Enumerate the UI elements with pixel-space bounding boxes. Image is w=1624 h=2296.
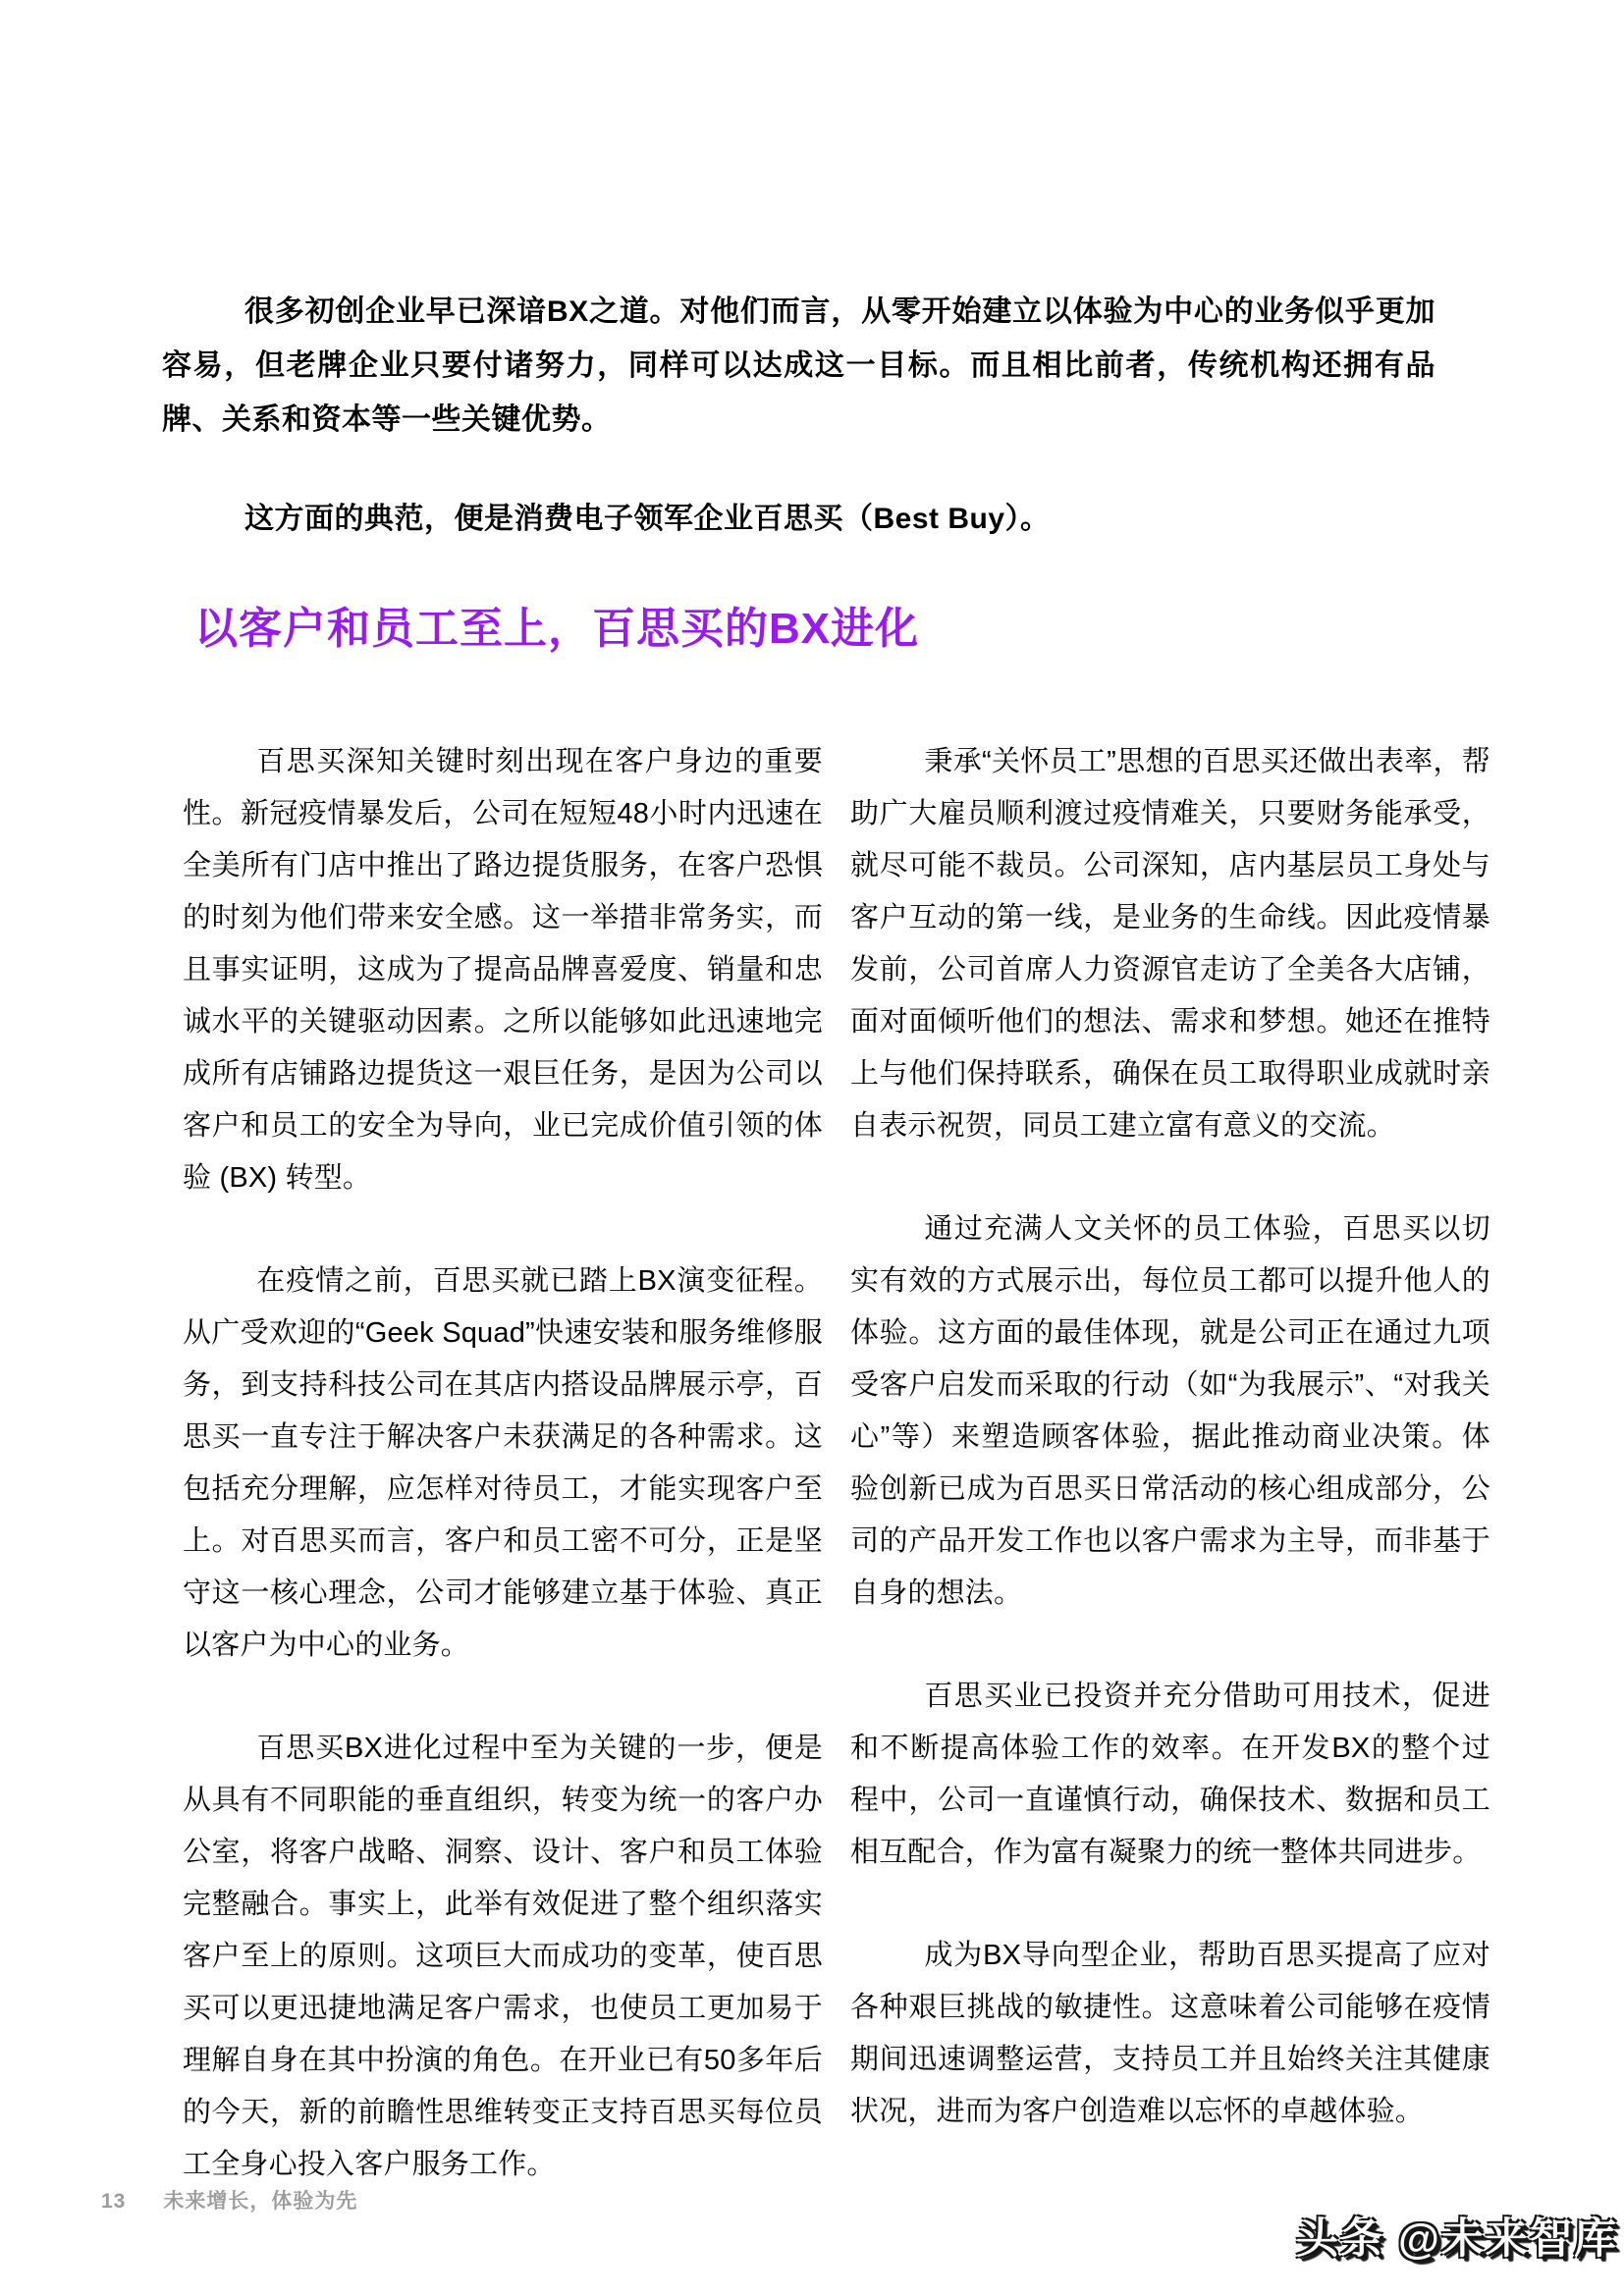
body-paragraph: 通过充满人文关怀的员工体验，百思买以切实有效的方式展示出，每位员工都可以提升他人…	[850, 1203, 1490, 1620]
body-paragraph: 百思买BX进化过程中至为关键的一步，便是从具有不同职能的垂直组织，转变为统一的客…	[183, 1723, 823, 2191]
body-paragraph: 在疫情之前，百思买就已踏上BX演变征程。从广受欢迎的“Geek Squad”快速…	[183, 1255, 823, 1672]
body-paragraph: 百思买业已投资并充分借助可用技术，促进和不断提高体验工作的效率。在开发BX的整个…	[850, 1671, 1490, 1879]
right-column: 秉承“关怀员工”思想的百思买还做出表率，帮助广大雇员顺利渡过疫情难关，只要财务能…	[850, 736, 1490, 2242]
page-number: 13	[101, 2190, 126, 2214]
page-footer: 13 未来增长，体验为先	[101, 2185, 357, 2215]
body-paragraph: 成为BX导向型企业，帮助百思买提高了应对各种艰巨挑战的敏捷性。这意味着公司能够在…	[850, 1930, 1490, 2138]
footer-doc-title: 未来增长，体验为先	[163, 2185, 357, 2215]
two-column-body: 百思买深知关键时刻出现在客户身边的重要性。新冠疫情暴发后，公司在短短48小时内迅…	[183, 736, 1490, 2242]
body-paragraph: 秉承“关怀员工”思想的百思买还做出表率，帮助广大雇员顺利渡过疫情难关，只要财务能…	[850, 736, 1490, 1152]
intro-paragraph: 很多初创企业早已深谙BX之道。对他们而言，从零开始建立以体验为中心的业务似乎更加…	[162, 285, 1435, 447]
watermark-toutiao: 头条 @未来智库	[1296, 2206, 1618, 2266]
intro-paragraph: 这方面的典范，便是消费电子领军企业百思买（Best Buy）。	[162, 492, 1435, 546]
report-page: 很多初创企业早已深谙BX之道。对他们而言，从零开始建立以体验为中心的业务似乎更加…	[0, 0, 1624, 2296]
intro-section: 很多初创企业早已深谙BX之道。对他们而言，从零开始建立以体验为中心的业务似乎更加…	[162, 285, 1435, 546]
body-paragraph: 百思买深知关键时刻出现在客户身边的重要性。新冠疫情暴发后，公司在短短48小时内迅…	[183, 736, 823, 1204]
section-heading: 以客户和员工至上，百思买的BX进化	[194, 601, 919, 658]
left-column: 百思买深知关键时刻出现在客户身边的重要性。新冠疫情暴发后，公司在短短48小时内迅…	[183, 736, 823, 2242]
